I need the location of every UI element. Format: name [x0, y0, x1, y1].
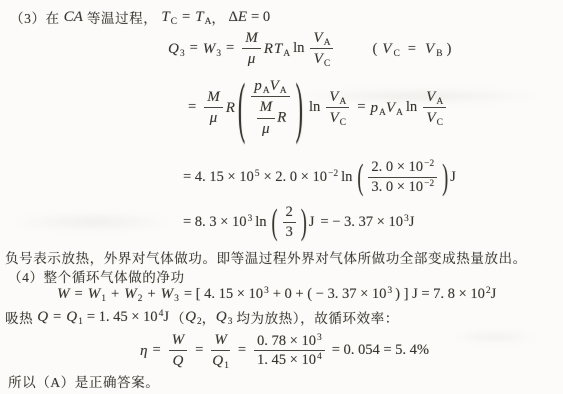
note-text: 均为放热），故循环效率：: [236, 307, 398, 327]
var-deltaE: ΔE: [229, 8, 248, 26]
ln-operator: ln: [255, 214, 266, 231]
heading-text: 等温过程，: [87, 7, 158, 27]
var-W: W: [57, 285, 70, 303]
line-part3-heading: （3）在 CA 等温过程， TC = TA ， ΔE = 0: [10, 7, 270, 27]
var-CA: CA: [64, 9, 83, 25]
unit-joule: J: [450, 169, 456, 186]
equals-sign: =: [188, 99, 196, 116]
ln-operator: ln: [293, 40, 304, 57]
numeric-term: = [ 4. 15 × 103: [184, 286, 269, 303]
fraction-VA-over-VC: VA VC: [326, 88, 349, 128]
equation-efficiency: η = W Q = W Q1 = 0. 78 × 103 1. 45 × 104…: [140, 331, 429, 371]
section-number: （3）在: [10, 7, 60, 27]
equals-sign: =: [238, 342, 246, 359]
fraction-two-thirds: 2 3: [283, 204, 296, 240]
var-W1: W1: [88, 285, 106, 303]
fraction-W-over-Q1: W Q1: [211, 331, 230, 371]
equals-sign: =: [226, 40, 234, 57]
fraction-M-over-mu: M μ: [204, 88, 223, 128]
result-value: = − 3. 37 × 103J: [320, 214, 414, 231]
value-zero: = 0: [251, 9, 270, 26]
numeric-term: × 2. 0 × 10−2: [263, 169, 338, 186]
plus-sign: +: [111, 286, 119, 303]
fraction-M-over-mu-nested: M μ: [257, 98, 276, 138]
scan-smudge: [8, 212, 178, 232]
explanation-paragraph: 负号表示放热，外界对气体做功。即等温过程外界对气体所做功全部变成热量放出。: [5, 247, 527, 267]
var-TA: TA: [195, 8, 211, 26]
var-eta: η: [140, 342, 147, 360]
var-Q3: Q3: [216, 308, 233, 326]
equation-net-work: W = W1 + W2 + W3 = [ 4. 15 × 103 + 0 + (…: [57, 285, 496, 303]
equation-q3-definition: Q3 = W3 = M μ RTA ln VA VC ( VC = VB ): [168, 29, 451, 69]
var-TC: TC: [161, 8, 177, 26]
ln-operator: ln: [406, 99, 417, 116]
fraction-W-over-Q: W Q: [169, 331, 188, 371]
equals-sign: =: [152, 342, 160, 359]
equals-sign: =: [75, 286, 83, 303]
line-part4-heading: （4）整个循环气体做的净功: [8, 266, 185, 286]
var-W3: W3: [161, 285, 179, 303]
equals-sign: =: [182, 9, 190, 26]
plus-sign: +: [147, 286, 155, 303]
result-value: ) ] J = 7. 8 × 102J: [395, 286, 496, 303]
fraction-volume-ratio: 2. 0 × 10−2 3. 0 × 10−2: [368, 159, 437, 195]
equation-q3-result: = 8. 3 × 103 ln ( 2 3 ) J = − 3. 37 × 10…: [183, 204, 414, 240]
var-RTA: RTA: [264, 40, 290, 58]
process-label: CA: [64, 8, 83, 26]
conclusion-line: 所以（A）是正确答案。: [8, 371, 159, 391]
right-paren: ): [442, 156, 448, 198]
heat-absorbed-line: 吸热 Q = Q1 = 1. 45 × 104J （ Q2 ， Q3 均为放热）…: [5, 307, 399, 327]
paren-open: （: [171, 307, 185, 327]
fraction-M-over-mu: M μ: [242, 29, 261, 69]
fraction-pAVA-over-MmuR: pAVA M μ R: [251, 77, 289, 138]
left-paren: (: [272, 201, 278, 243]
equation-q3-expanded: = M μ R ( pAVA M μ R ) ln VA VC = pAVA l…: [183, 77, 449, 138]
big-left-paren: (: [238, 67, 245, 148]
left-paren: (: [357, 156, 363, 198]
fraction-work-heat-ratio: 0. 78 × 103 1. 45 × 104: [254, 333, 325, 369]
var-pAVA: pAVA: [370, 99, 402, 117]
var-W2: W2: [124, 285, 142, 303]
right-paren: ): [301, 201, 307, 243]
var-W3: W3: [203, 40, 221, 58]
ln-operator: ln: [309, 99, 320, 116]
ln-operator: ln: [341, 169, 352, 186]
numeric-value: = 1. 45 × 104J: [87, 309, 169, 326]
equation-numeric-substitution: = 4. 15 × 105 × 2. 0 × 10−2 ln ( 2. 0 × …: [183, 159, 456, 195]
equals-sign: =: [53, 309, 61, 326]
big-right-paren: ): [296, 67, 303, 148]
result-value: = 0. 054 = 5. 4%: [332, 342, 429, 359]
condition-note: ( VC = VB ): [372, 40, 451, 58]
numeric-term: = 4. 15 × 105: [183, 169, 259, 186]
equals-sign: =: [190, 40, 198, 57]
comma: ，: [211, 7, 225, 27]
var-Q2: Q2: [185, 308, 202, 326]
numeric-term: + 0 + ( − 3. 37 × 103: [273, 286, 392, 303]
comma: ，: [202, 307, 216, 327]
scan-smudge: [450, 330, 540, 344]
var-Q: Q: [37, 308, 48, 326]
fraction-VA-over-VC: VA VC: [423, 88, 446, 128]
var-Q1: Q1: [66, 308, 83, 326]
equals-sign: =: [195, 342, 203, 359]
label-heat: 吸热: [5, 307, 33, 327]
fraction-VA-over-VC: VA VC: [310, 29, 333, 69]
var-R: R: [226, 99, 235, 117]
equals-sign: =: [357, 99, 365, 116]
var-Q3: Q3: [168, 40, 185, 58]
unit-joule: J: [309, 214, 315, 231]
numeric-term: = 8. 3 × 103: [183, 214, 252, 231]
document-page: （3）在 CA 等温过程， TC = TA ， ΔE = 0 Q3 = W3 =…: [0, 0, 563, 394]
